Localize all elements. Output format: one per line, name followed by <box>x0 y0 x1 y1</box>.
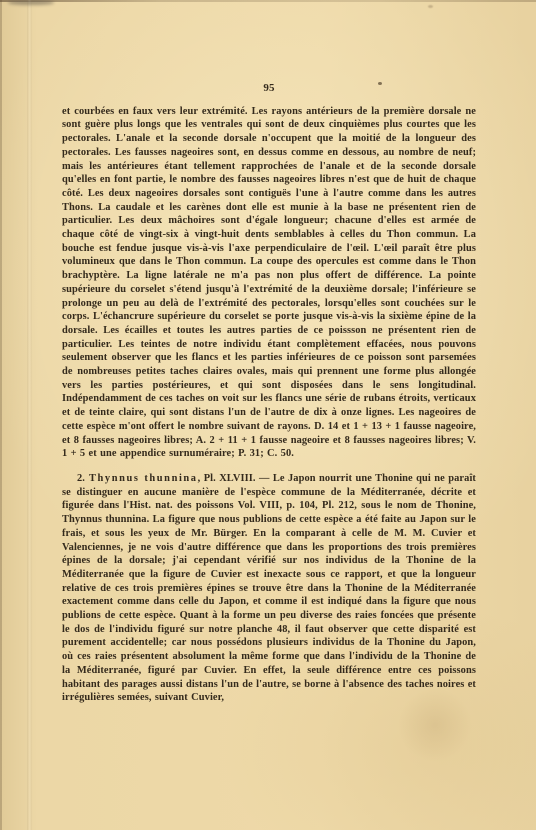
text-block: 95 et courbées en faux vers leur extrémi… <box>62 82 476 705</box>
page-top-edge <box>0 0 536 2</box>
paragraph-1: et courbées en faux vers leur extrémité.… <box>62 105 476 461</box>
corner-smudge <box>8 0 54 5</box>
paper-speck <box>428 5 433 8</box>
page-left-edge <box>0 0 2 830</box>
scanned-book-page: 95 et courbées en faux vers leur extrémi… <box>0 0 536 830</box>
paper-crease <box>27 0 32 830</box>
page-number: 95 <box>62 82 476 96</box>
species-name: Thynnus thunnina <box>89 473 198 484</box>
section-number: 2. <box>77 473 85 484</box>
paragraph-2-body: , Pl. XLVIII. — Le Japon nourrit une Tho… <box>62 473 476 703</box>
paragraph-2: 2.Thynnus thunnina, Pl. XLVIII. — Le Jap… <box>62 472 476 705</box>
